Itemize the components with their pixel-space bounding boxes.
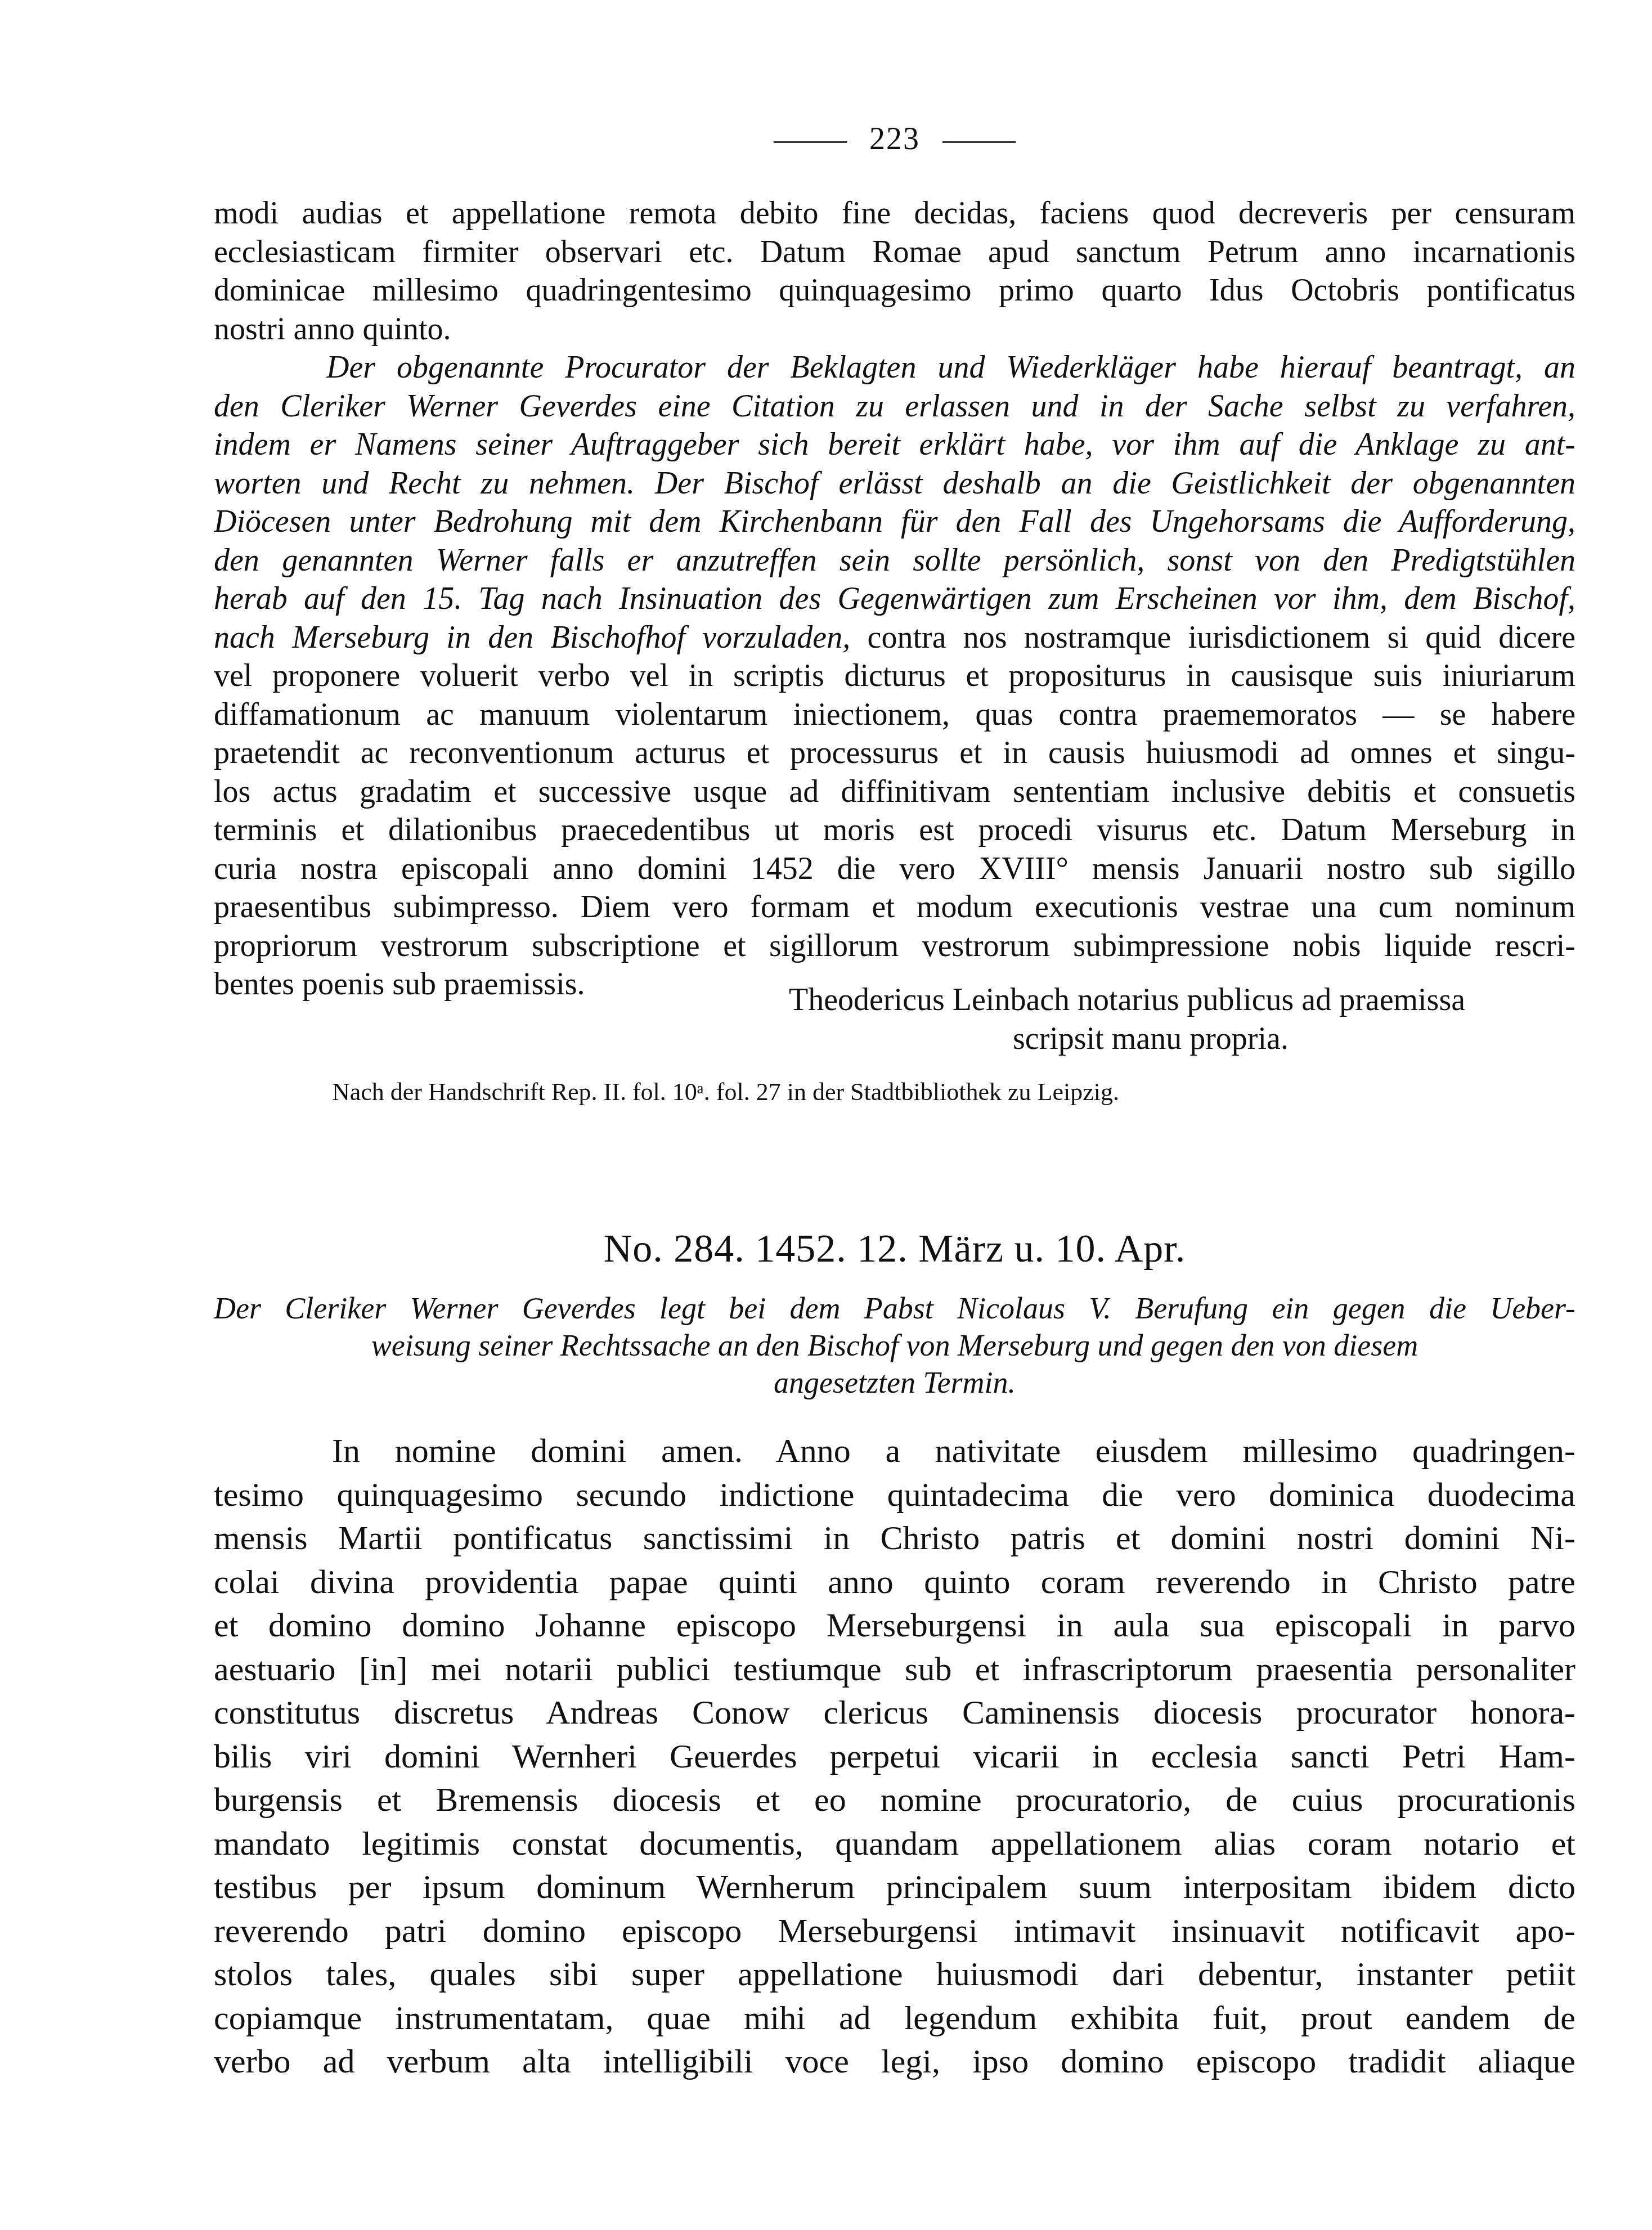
body-line: In nomine domini amen. Anno a nativitate… <box>214 1429 1575 1473</box>
text-line: nostri anno quinto. <box>214 310 1575 349</box>
summary-line: weisung seiner Rechtssache an den Bischo… <box>214 1327 1575 1364</box>
document-body: In nomine domini amen. Anno a nativitate… <box>214 1429 1575 2084</box>
text-line: los actus gradatim et successive usque a… <box>214 773 1575 811</box>
body-line: constitutus discretus Andreas Conow cler… <box>214 1691 1575 1735</box>
body-line: colai divina providentia papae quinti an… <box>214 1560 1575 1604</box>
mixed-text-line: nach Merseburg in den Bischofhof vorzula… <box>214 618 1575 657</box>
text-line: ecclesiasticam firmiter observari etc. D… <box>214 233 1575 272</box>
text-line: modi audias et appellatione remota debit… <box>214 194 1575 233</box>
continuation-text: modi audias et appellatione remota debit… <box>214 194 1575 1004</box>
header-rule-left <box>774 141 847 143</box>
body-line: mensis Martii pontificatus sanctissimi i… <box>214 1516 1575 1560</box>
page-header: 223 <box>214 121 1575 157</box>
notary-signature-line-1: Theodericus Leinbach notarius publicus a… <box>789 982 1465 1018</box>
source-note: Nach der Handschrift Rep. II. fol. 10ᵃ. … <box>332 1078 1119 1106</box>
body-line: tesimo quinquagesimo secundo indictione … <box>214 1473 1575 1517</box>
german-summary-line: den genannten Werner falls er anzutreffe… <box>214 541 1575 580</box>
text-line: dominicae millesimo quadringentesimo qui… <box>214 271 1575 310</box>
text-line: praetendit ac reconventionum acturus et … <box>214 734 1575 773</box>
body-line: copiamque instrumentatam, quae mihi ad l… <box>214 1996 1575 2040</box>
body-line: testibus per ipsum dominum Wernherum pri… <box>214 1865 1575 1909</box>
german-summary-line: Der obgenannte Procurator der Beklagten … <box>214 348 1575 387</box>
text-line: diffamationum ac manuum violentarum inie… <box>214 696 1575 734</box>
text-line: propriorum vestrorum subscriptione et si… <box>214 927 1575 966</box>
german-summary-line: herab auf den 15. Tag nach Insinuation d… <box>214 580 1575 618</box>
german-summary-line: Diöcesen unter Bedrohung mit dem Kirchen… <box>214 502 1575 541</box>
body-line: bilis viri domini Wernheri Geuerdes perp… <box>214 1735 1575 1779</box>
text-line: curia nostra episcopali anno domini 1452… <box>214 850 1575 889</box>
text-line: terminis et dilationibus praecedentibus … <box>214 811 1575 850</box>
body-line: et domino domino Johanne episcopo Merseb… <box>214 1604 1575 1648</box>
body-line: reverendo patri domino episcopo Mersebur… <box>214 1909 1575 1953</box>
body-line: stolos tales, quales sibi super appellat… <box>214 1953 1575 1996</box>
body-line: mandato legitimis constat documentis, qu… <box>214 1822 1575 1866</box>
document-summary: Der Cleriker Werner Geverdes legt bei de… <box>214 1290 1575 1401</box>
body-line: burgensis et Bremensis diocesis et eo no… <box>214 1778 1575 1822</box>
text-line: praesentibus subimpresso. Diem vero form… <box>214 888 1575 927</box>
latin-fragment: contra nos nostramque iurisdictionem si … <box>850 620 1575 655</box>
notary-signature-line-2: scripsit manu propria. <box>1013 1021 1289 1057</box>
body-line: verbo ad verbum alta intelligibili voce … <box>214 2040 1575 2084</box>
german-summary-line: indem er Namens seiner Auftraggeber sich… <box>214 425 1575 464</box>
header-rule-right <box>942 141 1016 143</box>
text-line: vel proponere voluerit verbo vel in scri… <box>214 657 1575 696</box>
body-line: aestuario [in] mei notarii publici testi… <box>214 1648 1575 1691</box>
german-summary-line: den Cleriker Werner Geverdes eine Citati… <box>214 387 1575 426</box>
german-summary-line: worten und Recht zu nehmen. Der Bischof … <box>214 464 1575 503</box>
german-fragment: nach Merseburg in den Bischofhof vorzula… <box>214 620 850 655</box>
summary-line: angesetzten Termin. <box>214 1364 1575 1401</box>
page-number: 223 <box>869 122 920 156</box>
document-heading: No. 284. 1452. 12. März u. 10. Apr. <box>214 1227 1575 1272</box>
summary-line: Der Cleriker Werner Geverdes legt bei de… <box>214 1290 1575 1327</box>
